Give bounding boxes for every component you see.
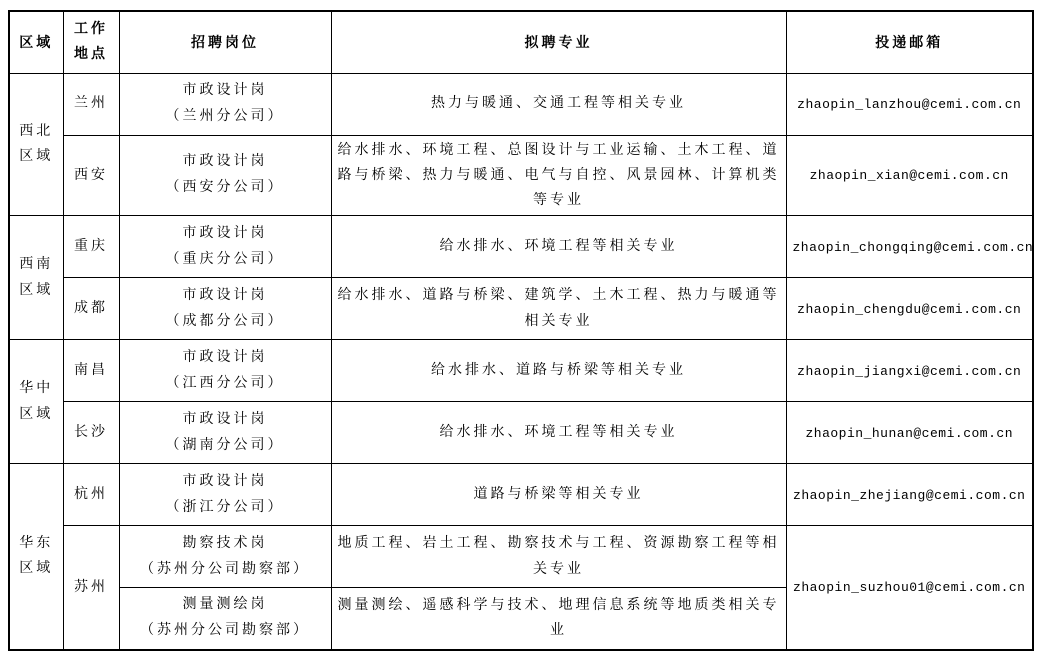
majors-cell: 测量测绘、遥感科学与技术、地理信息系统等地质类相关专业 <box>331 588 786 650</box>
city-cell: 兰州 <box>63 73 119 135</box>
position-cell: 市政设计岗 （江西分公司） <box>119 340 331 402</box>
email-text: zhaopin_suzhou01@cemi.com.cn <box>793 580 1025 595</box>
email-text: zhaopin_chongqing@cemi.com.cn <box>793 240 1034 255</box>
email-cell: zhaopin_hunan@cemi.com.cn <box>786 402 1033 464</box>
position-cell: 市政设计岗 （成都分公司） <box>119 278 331 340</box>
email-text: zhaopin_lanzhou@cemi.com.cn <box>797 97 1021 112</box>
region-cell-northwest: 西北区域 <box>9 73 63 216</box>
region-label: 华中区域 <box>17 376 55 426</box>
header-position: 招聘岗位 <box>119 11 331 73</box>
table-row-chengdu: 成都 市政设计岗 （成都分公司） 给水排水、道路与桥梁、建筑学、土木工程、热力与… <box>9 278 1033 340</box>
position-cell: 市政设计岗 （兰州分公司） <box>119 73 331 135</box>
header-work-location-label: 工作地点 <box>72 17 110 67</box>
majors-cell: 给水排水、道路与桥梁等相关专业 <box>331 340 786 402</box>
city-cell: 西安 <box>63 135 119 216</box>
position-cell: 市政设计岗 （西安分公司） <box>119 135 331 216</box>
email-cell: zhaopin_lanzhou@cemi.com.cn <box>786 73 1033 135</box>
position-branch: （苏州分公司勘察部） <box>126 557 325 583</box>
position-title: 勘察技术岗 <box>126 531 325 557</box>
email-cell-suzhou: zhaopin_suzhou01@cemi.com.cn <box>786 526 1033 650</box>
position-cell: 市政设计岗 （浙江分公司） <box>119 464 331 526</box>
position-title: 市政设计岗 <box>126 149 325 175</box>
majors-cell: 给水排水、道路与桥梁、建筑学、土木工程、热力与暖通等相关专业 <box>331 278 786 340</box>
city-cell: 重庆 <box>63 216 119 278</box>
email-text: zhaopin_xian@cemi.com.cn <box>810 168 1009 183</box>
position-cell: 测量测绘岗 （苏州分公司勘察部） <box>119 588 331 650</box>
header-email-label: 投递邮箱 <box>793 32 1027 52</box>
header-position-label: 招聘岗位 <box>126 32 325 52</box>
majors-cell: 给水排水、环境工程等相关专业 <box>331 216 786 278</box>
city-cell: 长沙 <box>63 402 119 464</box>
position-title: 市政设计岗 <box>126 407 325 433</box>
position-title: 市政设计岗 <box>126 469 325 495</box>
region-cell-central: 华中区域 <box>9 340 63 464</box>
email-cell: zhaopin_xian@cemi.com.cn <box>786 135 1033 216</box>
city-cell: 南昌 <box>63 340 119 402</box>
table-row-xian: 西安 市政设计岗 （西安分公司） 给水排水、环境工程、总图设计与工业运输、土木工… <box>9 135 1033 216</box>
position-title: 市政设计岗 <box>126 345 325 371</box>
position-cell: 勘察技术岗 （苏州分公司勘察部） <box>119 526 331 588</box>
table-row-changsha: 长沙 市政设计岗 （湖南分公司） 给水排水、环境工程等相关专业 zhaopin_… <box>9 402 1033 464</box>
position-branch: （江西分公司） <box>126 371 325 397</box>
header-work-location: 工作地点 <box>63 11 119 73</box>
table-row-suzhou-survey-tech: 苏州 勘察技术岗 （苏州分公司勘察部） 地质工程、岩土工程、勘察技术与工程、资源… <box>9 526 1033 588</box>
email-cell: zhaopin_jiangxi@cemi.com.cn <box>786 340 1033 402</box>
region-label: 西北区域 <box>17 119 55 169</box>
majors-cell: 热力与暖通、交通工程等相关专业 <box>331 73 786 135</box>
position-branch: （苏州分公司勘察部） <box>126 618 325 644</box>
position-branch: （兰州分公司） <box>126 104 325 130</box>
city-cell: 杭州 <box>63 464 119 526</box>
majors-cell: 道路与桥梁等相关专业 <box>331 464 786 526</box>
table-row-nanchang: 华中区域 南昌 市政设计岗 （江西分公司） 给水排水、道路与桥梁等相关专业 zh… <box>9 340 1033 402</box>
region-label: 华东区域 <box>17 531 55 581</box>
position-title: 测量测绘岗 <box>126 592 325 618</box>
header-region: 区域 <box>9 11 63 73</box>
position-branch: （成都分公司） <box>126 309 325 335</box>
region-cell-southwest: 西南区域 <box>9 216 63 340</box>
position-title: 市政设计岗 <box>126 221 325 247</box>
email-text: zhaopin_hunan@cemi.com.cn <box>805 426 1013 441</box>
recruitment-page: 区域 工作地点 招聘岗位 拟聘专业 投递邮箱 西北区域 兰州 市政设计岗 （ <box>0 0 1040 670</box>
position-branch: （重庆分公司） <box>126 247 325 273</box>
position-branch: （湖南分公司） <box>126 433 325 459</box>
position-branch: （西安分公司） <box>126 175 325 201</box>
email-cell: zhaopin_zhejiang@cemi.com.cn <box>786 464 1033 526</box>
header-majors-label: 拟聘专业 <box>338 32 780 52</box>
email-text: zhaopin_chengdu@cemi.com.cn <box>797 302 1021 317</box>
table-row-chongqing: 西南区域 重庆 市政设计岗 （重庆分公司） 给水排水、环境工程等相关专业 zha… <box>9 216 1033 278</box>
position-title: 市政设计岗 <box>126 78 325 104</box>
position-cell: 市政设计岗 （重庆分公司） <box>119 216 331 278</box>
email-cell: zhaopin_chengdu@cemi.com.cn <box>786 278 1033 340</box>
position-title: 市政设计岗 <box>126 283 325 309</box>
position-branch: （浙江分公司） <box>126 495 325 521</box>
header-email: 投递邮箱 <box>786 11 1033 73</box>
table-row-hangzhou: 华东区域 杭州 市政设计岗 （浙江分公司） 道路与桥梁等相关专业 zhaopin… <box>9 464 1033 526</box>
header-region-label: 区域 <box>16 32 57 52</box>
email-text: zhaopin_zhejiang@cemi.com.cn <box>793 488 1025 503</box>
region-label: 西南区域 <box>17 252 55 302</box>
header-majors: 拟聘专业 <box>331 11 786 73</box>
region-cell-east: 华东区域 <box>9 464 63 650</box>
majors-cell: 给水排水、环境工程、总图设计与工业运输、土木工程、道路与桥梁、热力与暖通、电气与… <box>331 135 786 216</box>
city-cell-suzhou: 苏州 <box>63 526 119 650</box>
table-row-lanzhou: 西北区域 兰州 市政设计岗 （兰州分公司） 热力与暖通、交通工程等相关专业 zh… <box>9 73 1033 135</box>
recruitment-table: 区域 工作地点 招聘岗位 拟聘专业 投递邮箱 西北区域 兰州 市政设计岗 （ <box>8 10 1034 651</box>
city-cell: 成都 <box>63 278 119 340</box>
email-cell: zhaopin_chongqing@cemi.com.cn <box>786 216 1033 278</box>
email-text: zhaopin_jiangxi@cemi.com.cn <box>797 364 1021 379</box>
position-cell: 市政设计岗 （湖南分公司） <box>119 402 331 464</box>
majors-cell: 给水排水、环境工程等相关专业 <box>331 402 786 464</box>
header-row: 区域 工作地点 招聘岗位 拟聘专业 投递邮箱 <box>9 11 1033 73</box>
majors-cell: 地质工程、岩土工程、勘察技术与工程、资源勘察工程等相关专业 <box>331 526 786 588</box>
